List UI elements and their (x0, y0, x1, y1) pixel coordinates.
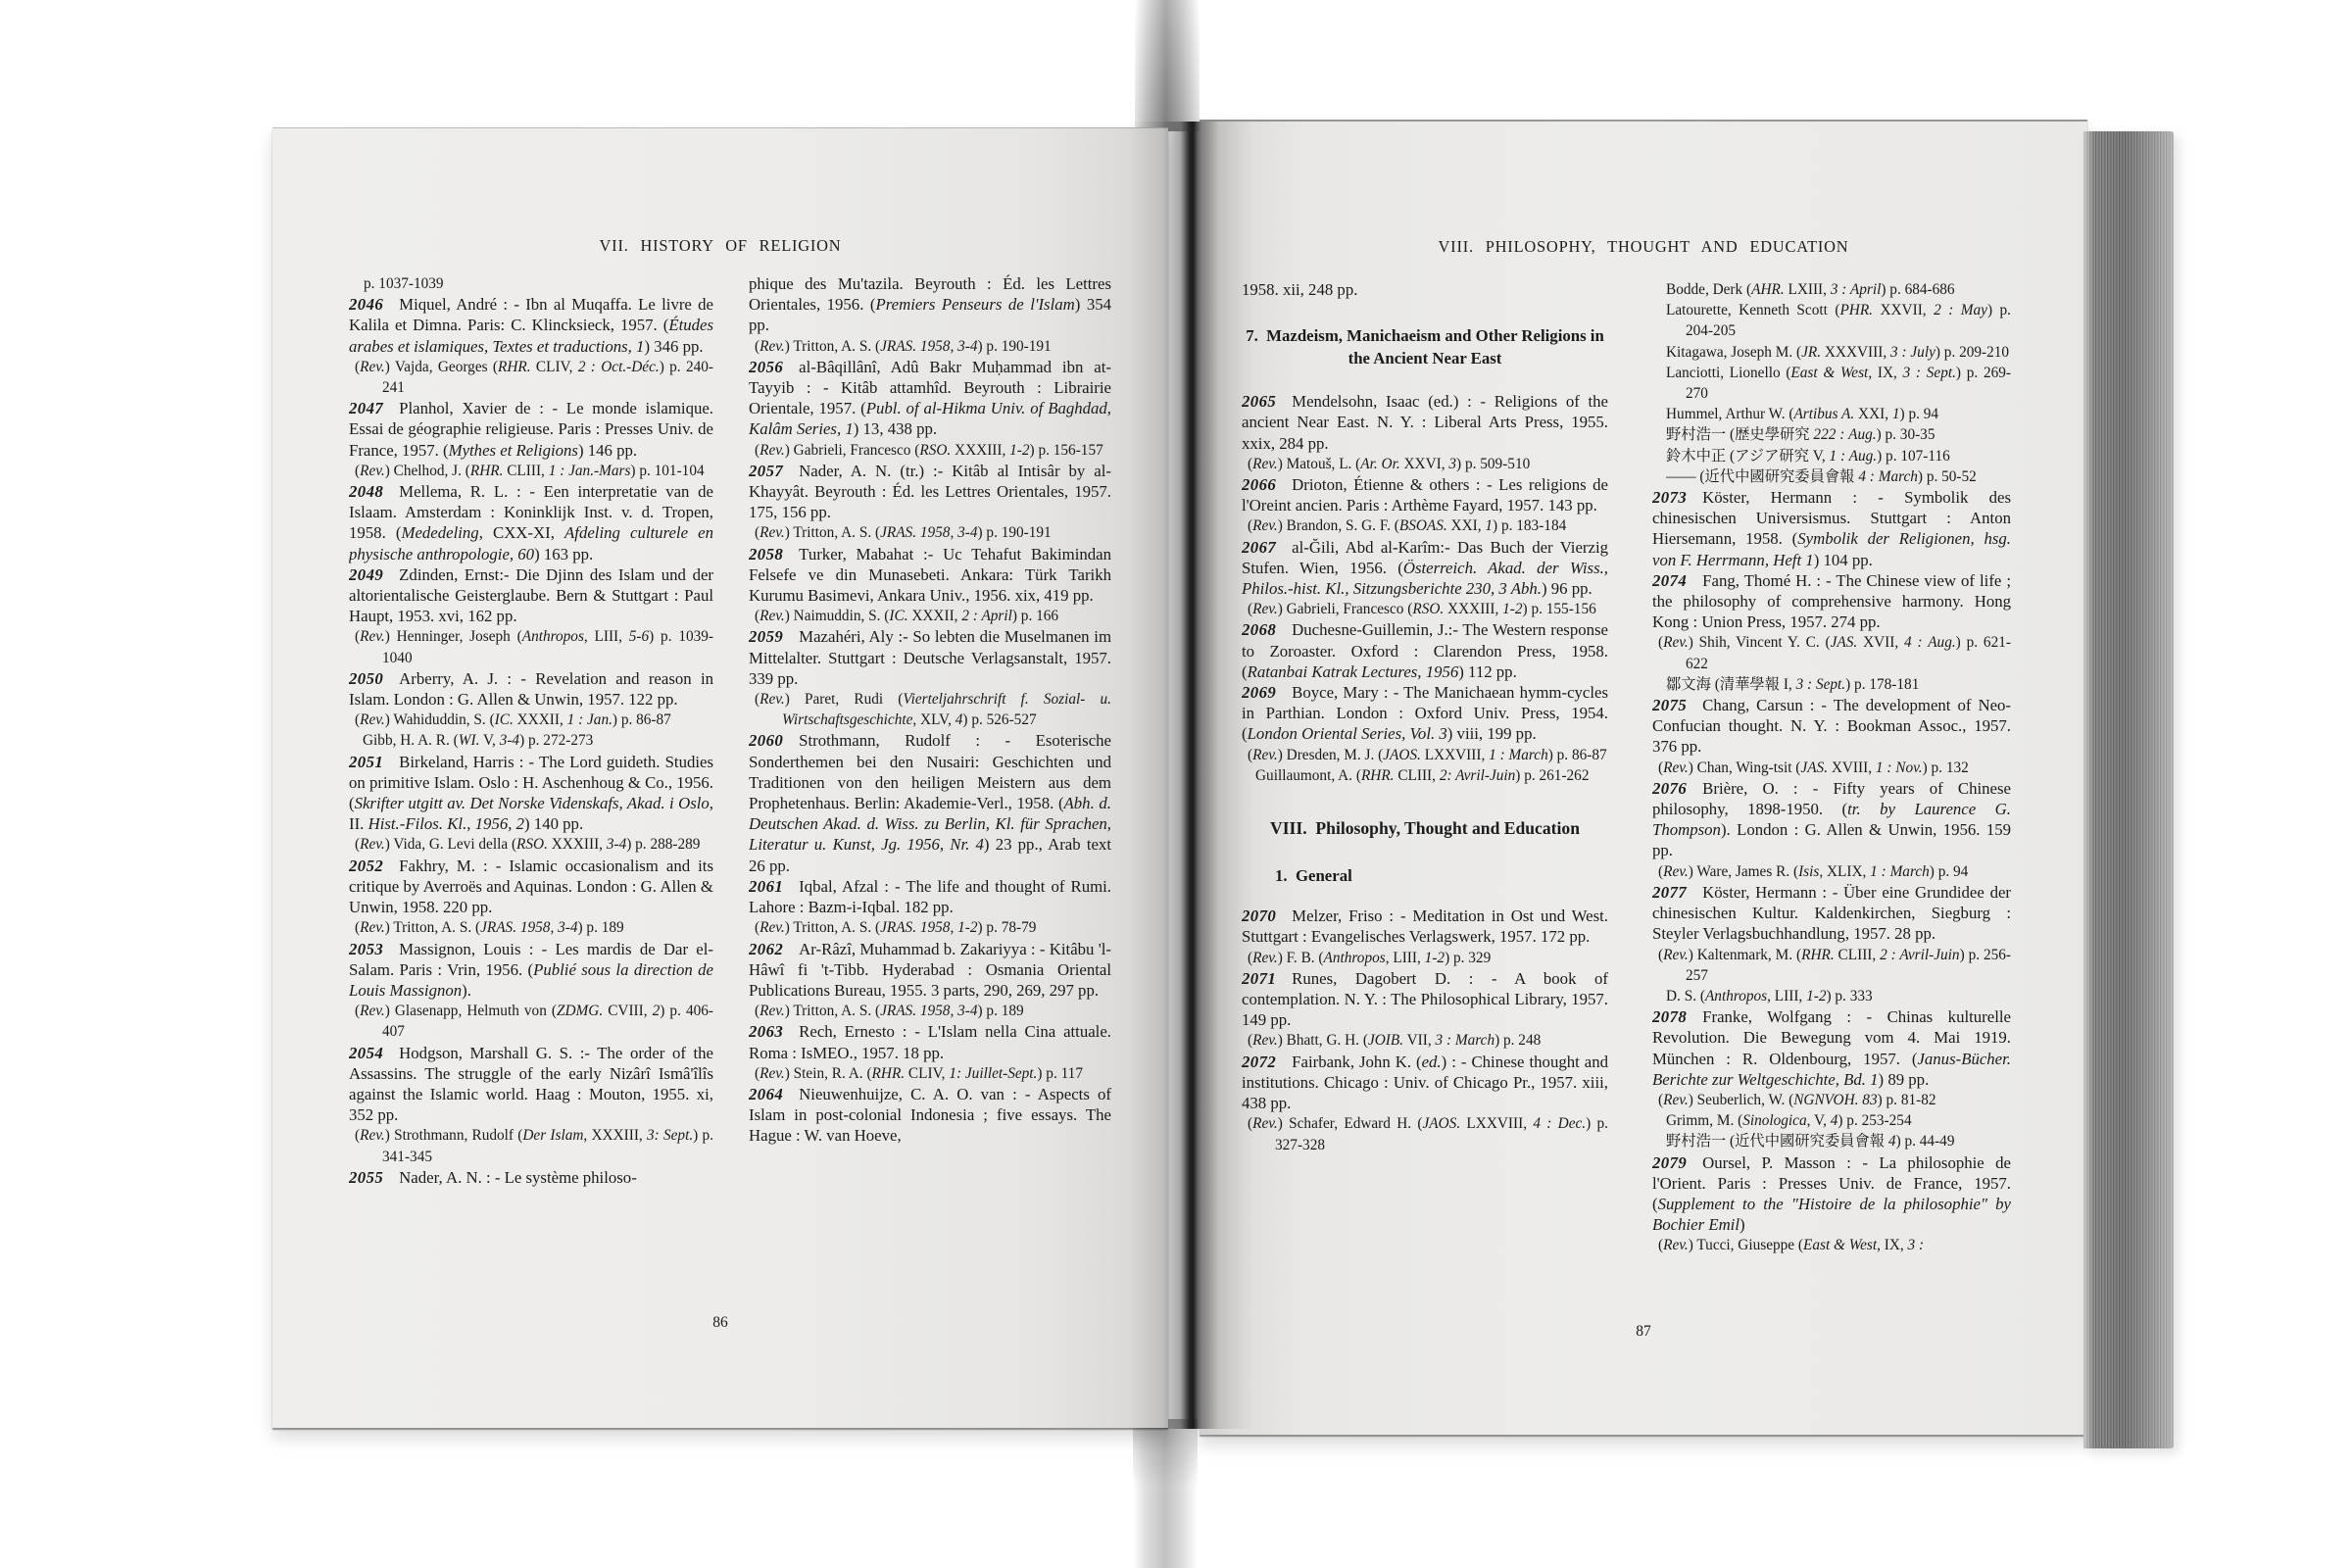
bib-entry: 2064Nieuwenhuijze, C. A. O. van : - Aspe… (749, 1084, 1111, 1147)
review-line: Grimm, M. (Sinologica, V, 4) p. 253-254 (1652, 1110, 2011, 1131)
bib-entry: 2079Oursel, P. Masson : - La philosophie… (1652, 1152, 2011, 1236)
section-heading: 7. Mazdeism, Manichaeism and Other Relig… (1246, 325, 1604, 369)
review-line: Gibb, H. A. R. (WI. V, 3-4) p. 272-273 (349, 730, 713, 751)
review-line: (Rev.) Chelhod, J. (RHR. CLIII, 1 : Jan.… (349, 461, 713, 481)
review-line: 鈴木中正 (アジア研究 V, 1 : Aug.) p. 107-116 (1652, 446, 2011, 466)
bib-entry-continuation: phique des Mu'tazila. Beyrouth : Éd. les… (749, 273, 1111, 336)
entry-number: 2069 (1242, 683, 1276, 702)
entry-number: 2076 (1652, 779, 1687, 798)
review-line: 野村浩一 (近代中國研究委員會報 4) p. 44-49 (1652, 1131, 2011, 1151)
book-spine-top (1135, 0, 1200, 131)
entry-number: 2052 (349, 857, 383, 875)
entry-number: 2064 (749, 1085, 783, 1103)
entry-number: 2056 (749, 358, 783, 376)
bib-entry: 2070Melzer, Friso : - Meditation in Ost … (1242, 906, 1608, 947)
entry-number: 2054 (349, 1044, 383, 1062)
entry-number: 2058 (749, 545, 783, 563)
review-line: Hummel, Arthur W. (Artibus A. XXI, 1) p.… (1652, 404, 2011, 424)
bib-entry: 2069Boyce, Mary : - The Manichaean hymm-… (1242, 682, 1608, 745)
bib-entry: 2057Nader, A. N. (tr.) :- Kitâb al Intis… (749, 461, 1111, 523)
bib-entry: 2078Franke, Wolfgang : - Chinas kulturel… (1652, 1006, 2011, 1090)
entry-number: 2075 (1652, 696, 1687, 714)
review-line: (Rev.) Stein, R. A. (RHR. CLIV, 1: Juill… (749, 1063, 1111, 1084)
bib-entry: 2061Iqbal, Afzal : - The life and though… (749, 876, 1111, 917)
review-line: (Rev.) Shih, Vincent Y. C. (JAS. XVII, 4… (1652, 632, 2011, 673)
page-left: VII. HISTORY OF RELIGION p. 1037-1039204… (272, 127, 1168, 1428)
review-continuation: p. 1037-1039 (349, 273, 713, 294)
review-line: (Rev.) Bhatt, G. H. (JOIB. VII, 3 : Marc… (1242, 1030, 1608, 1051)
subsection-heading: 1. General (1242, 865, 1608, 886)
entry-number: 2055 (349, 1168, 383, 1187)
book-spine-bottom (1133, 1419, 1198, 1568)
bib-entry: 2067al-Ğili, Abd al-Karîm:- Das Buch der… (1242, 537, 1608, 600)
entry-number: 2071 (1242, 969, 1276, 988)
page-right-column-1: 1958. xii, 248 pp.7. Mazdeism, Manichaei… (1242, 279, 1608, 1441)
entry-number: 2061 (749, 877, 783, 896)
review-line: Latourette, Kenneth Scott (PHR. XXVII, 2… (1652, 300, 2011, 341)
entry-number: 2066 (1242, 475, 1276, 494)
fore-edge-page-stack (2083, 131, 2174, 1448)
review-line: (Rev.) F. B. (Anthropos, LIII, 1-2) p. 3… (1242, 948, 1608, 968)
bib-entry: 2052Fakhry, M. : - Islamic occasionalism… (349, 856, 713, 918)
bib-entry: 2073Köster, Hermann : - Symbolik des chi… (1652, 487, 2011, 570)
review-line: —— (近代中國研究委員會報 4 : March) p. 50-52 (1652, 466, 2011, 487)
entry-number: 2063 (749, 1022, 783, 1041)
review-line: Kitagawa, Joseph M. (JR. XXXVIII, 3 : Ju… (1652, 342, 2011, 363)
running-head-right: VIII. PHILOSOPHY, THOUGHT AND EDUCATION (1200, 237, 2087, 257)
bib-entry: 2058Turker, Mabahat :- Uc Tehafut Bakimi… (749, 544, 1111, 607)
bib-entry: 2071Runes, Dagobert D. : - A book of con… (1242, 968, 1608, 1031)
page-right: VIII. PHILOSOPHY, THOUGHT AND EDUCATION … (1200, 120, 2087, 1435)
review-line: (Rev.) Tritton, A. S. (JRAS. 1958, 3-4) … (749, 1001, 1111, 1021)
review-line: (Rev.) Schafer, Edward H. (JAOS. LXXVIII… (1242, 1113, 1608, 1154)
bib-entry: 2056al-Bâqillânî, Adû Bakr Muḥammad ibn … (749, 357, 1111, 440)
entry-number: 2074 (1652, 571, 1687, 590)
entry-number: 2047 (349, 399, 383, 417)
entry-number: 2053 (349, 940, 383, 958)
entry-number: 2048 (349, 482, 383, 501)
bib-entry: 2060Strothmann, Rudolf : - Esoterische S… (749, 730, 1111, 875)
review-line: D. S. (Anthropos, LIII, 1-2) p. 333 (1652, 986, 2011, 1006)
entry-number: 2077 (1652, 883, 1687, 902)
review-line: (Rev.) Dresden, M. J. (JAOS. LXXVIII, 1 … (1242, 745, 1608, 765)
bib-entry: 2074Fang, Thomé H. : - The Chinese view … (1652, 570, 2011, 633)
review-line: Lanciotti, Lionello (East & West, IX, 3 … (1652, 363, 2011, 404)
entry-number: 2078 (1652, 1007, 1687, 1026)
review-line: (Rev.) Vida, G. Levi della (RSO. XXXIII,… (349, 834, 713, 855)
bib-entry: 2046Miquel, André : - Ibn al Muqaffa. Le… (349, 294, 713, 357)
entry-number: 2065 (1242, 392, 1276, 411)
entry-number: 2051 (349, 753, 383, 771)
page-left-column-2: phique des Mu'tazila. Beyrouth : Éd. les… (749, 273, 1111, 1412)
review-line: 鄒文海 (清華學報 I, 3 : Sept.) p. 178-181 (1652, 674, 2011, 695)
review-line: (Rev.) Matouš, L. (Ar. Or. XXVI, 3) p. 5… (1242, 454, 1608, 474)
review-line: (Rev.) Wahiduddin, S. (IC. XXXII, 1 : Ja… (349, 710, 713, 730)
review-line: (Rev.) Paret, Rudi (Vierteljahrschrift f… (749, 689, 1111, 730)
bib-entry: 2050Arberry, A. J. : - Revelation and re… (349, 668, 713, 710)
bib-entry: 2068Duchesne-Guillemin, J.:- The Western… (1242, 619, 1608, 682)
bib-entry: 2047Planhol, Xavier de : - Le monde isla… (349, 398, 713, 461)
review-line: (Rev.) Naimuddin, S. (IC. XXXII, 2 : Apr… (749, 606, 1111, 626)
entry-number: 2073 (1652, 488, 1687, 507)
bib-entry: 2066Drioton, Étienne & others : - Les re… (1242, 474, 1608, 515)
review-line: Bodde, Derk (AHR. LXIII, 3 : April) p. 6… (1652, 279, 2011, 300)
entry-number: 2079 (1652, 1153, 1687, 1172)
entry-number: 2057 (749, 462, 783, 480)
entry-number: 2059 (749, 627, 783, 646)
entry-number: 2050 (349, 669, 383, 688)
bib-entry: 2051Birkeland, Harris : - The Lord guide… (349, 752, 713, 835)
entry-number: 2068 (1242, 620, 1276, 639)
page-left-column-1: p. 1037-10392046Miquel, André : - Ibn al… (349, 273, 713, 1412)
bib-entry: 2063Rech, Ernesto : - L'Islam nella Cina… (749, 1021, 1111, 1062)
bib-entry: 2065Mendelsohn, Isaac (ed.) : - Religion… (1242, 391, 1608, 454)
review-line: (Rev.) Brandon, S. G. F. (BSOAS. XXI, 1)… (1242, 515, 1608, 536)
review-line: (Rev.) Gabrieli, Francesco (RSO. XXXIII,… (749, 440, 1111, 461)
entry-number: 2067 (1242, 538, 1276, 557)
entry-number: 2049 (349, 565, 383, 584)
review-line: (Rev.) Tucci, Giuseppe (East & West, IX,… (1652, 1235, 2011, 1255)
bib-entry: 2072Fairbank, John K. (ed.) : - Chinese … (1242, 1052, 1608, 1114)
review-line: (Rev.) Tritton, A. S. (JRAS. 1958, 3-4) … (749, 336, 1111, 357)
entry-number: 2060 (749, 731, 783, 750)
review-line: (Rev.) Seuberlich, W. (NGNVOH. 83) p. 81… (1652, 1090, 2011, 1110)
page-right-column-2: Bodde, Derk (AHR. LXIII, 3 : April) p. 6… (1652, 279, 2011, 1441)
review-line: (Rev.) Chan, Wing-tsit (JAS. XVIII, 1 : … (1652, 758, 2011, 778)
bib-entry: 2077Köster, Hermann : - Über eine Grundi… (1652, 882, 2011, 945)
page-number-right: 87 (1200, 1323, 2087, 1341)
bib-entry: 2048Mellema, R. L. : - Een interpretatie… (349, 481, 713, 564)
running-head-left: VII. HISTORY OF RELIGION (272, 236, 1168, 256)
bib-entry: 2049Zdinden, Ernst:- Die Djinn des Islam… (349, 564, 713, 627)
bib-entry: 2054Hodgson, Marshall G. S. :- The order… (349, 1043, 713, 1126)
review-line: 野村浩一 (歴史學研究 222 : Aug.) p. 30-35 (1652, 424, 2011, 445)
bib-entry-continuation: 1958. xii, 248 pp. (1242, 279, 1608, 300)
review-line: (Rev.) Vajda, Georges (RHR. CLIV, 2 : Oc… (349, 357, 713, 398)
bib-entry: 2075Chang, Carsun : - The development of… (1652, 695, 2011, 758)
review-line: (Rev.) Glasenapp, Helmuth von (ZDMG. CVI… (349, 1001, 713, 1042)
review-line: (Rev.) Tritton, A. S. (JRAS. 1958, 1-2) … (749, 917, 1111, 938)
review-line: (Rev.) Strothmann, Rudolf (Der Islam, XX… (349, 1125, 713, 1166)
review-line: Guillaumont, A. (RHR. CLIII, 2: Avril-Ju… (1242, 765, 1608, 786)
review-line: (Rev.) Tritton, A. S. (JRAS. 1958, 3-4) … (349, 917, 713, 938)
review-line: (Rev.) Ware, James R. (Isis, XLIX, 1 : M… (1652, 861, 2011, 882)
review-line: (Rev.) Tritton, A. S. (JRAS. 1958, 3-4) … (749, 522, 1111, 543)
entry-number: 2072 (1242, 1053, 1276, 1071)
review-line: (Rev.) Henninger, Joseph (Anthropos, LII… (349, 626, 713, 667)
entry-number: 2046 (349, 295, 383, 314)
page-number-left: 86 (272, 1314, 1168, 1332)
entry-number: 2070 (1242, 906, 1276, 925)
bib-entry: 2055Nader, A. N. : - Le système philoso- (349, 1167, 713, 1188)
review-line: (Rev.) Kaltenmark, M. (RHR. CLIII, 2 : A… (1652, 945, 2011, 986)
entry-number: 2062 (749, 940, 783, 958)
bib-entry: 2062Ar-Râzî, Muhammad b. Zakariyya : - K… (749, 939, 1111, 1002)
bib-entry: 2053Massignon, Louis : - Les mardis de D… (349, 939, 713, 1002)
bib-entry: 2076Brière, O. : - Fifty years of Chines… (1652, 778, 2011, 861)
bib-entry: 2059Mazahéri, Aly :- So lebten die Musel… (749, 626, 1111, 689)
review-line: (Rev.) Gabrieli, Francesco (RSO. XXXIII,… (1242, 599, 1608, 619)
open-book-photo: VII. HISTORY OF RELIGION p. 1037-1039204… (0, 0, 2352, 1568)
chapter-heading: VIII. Philosophy, Thought and Education (1242, 817, 1608, 840)
